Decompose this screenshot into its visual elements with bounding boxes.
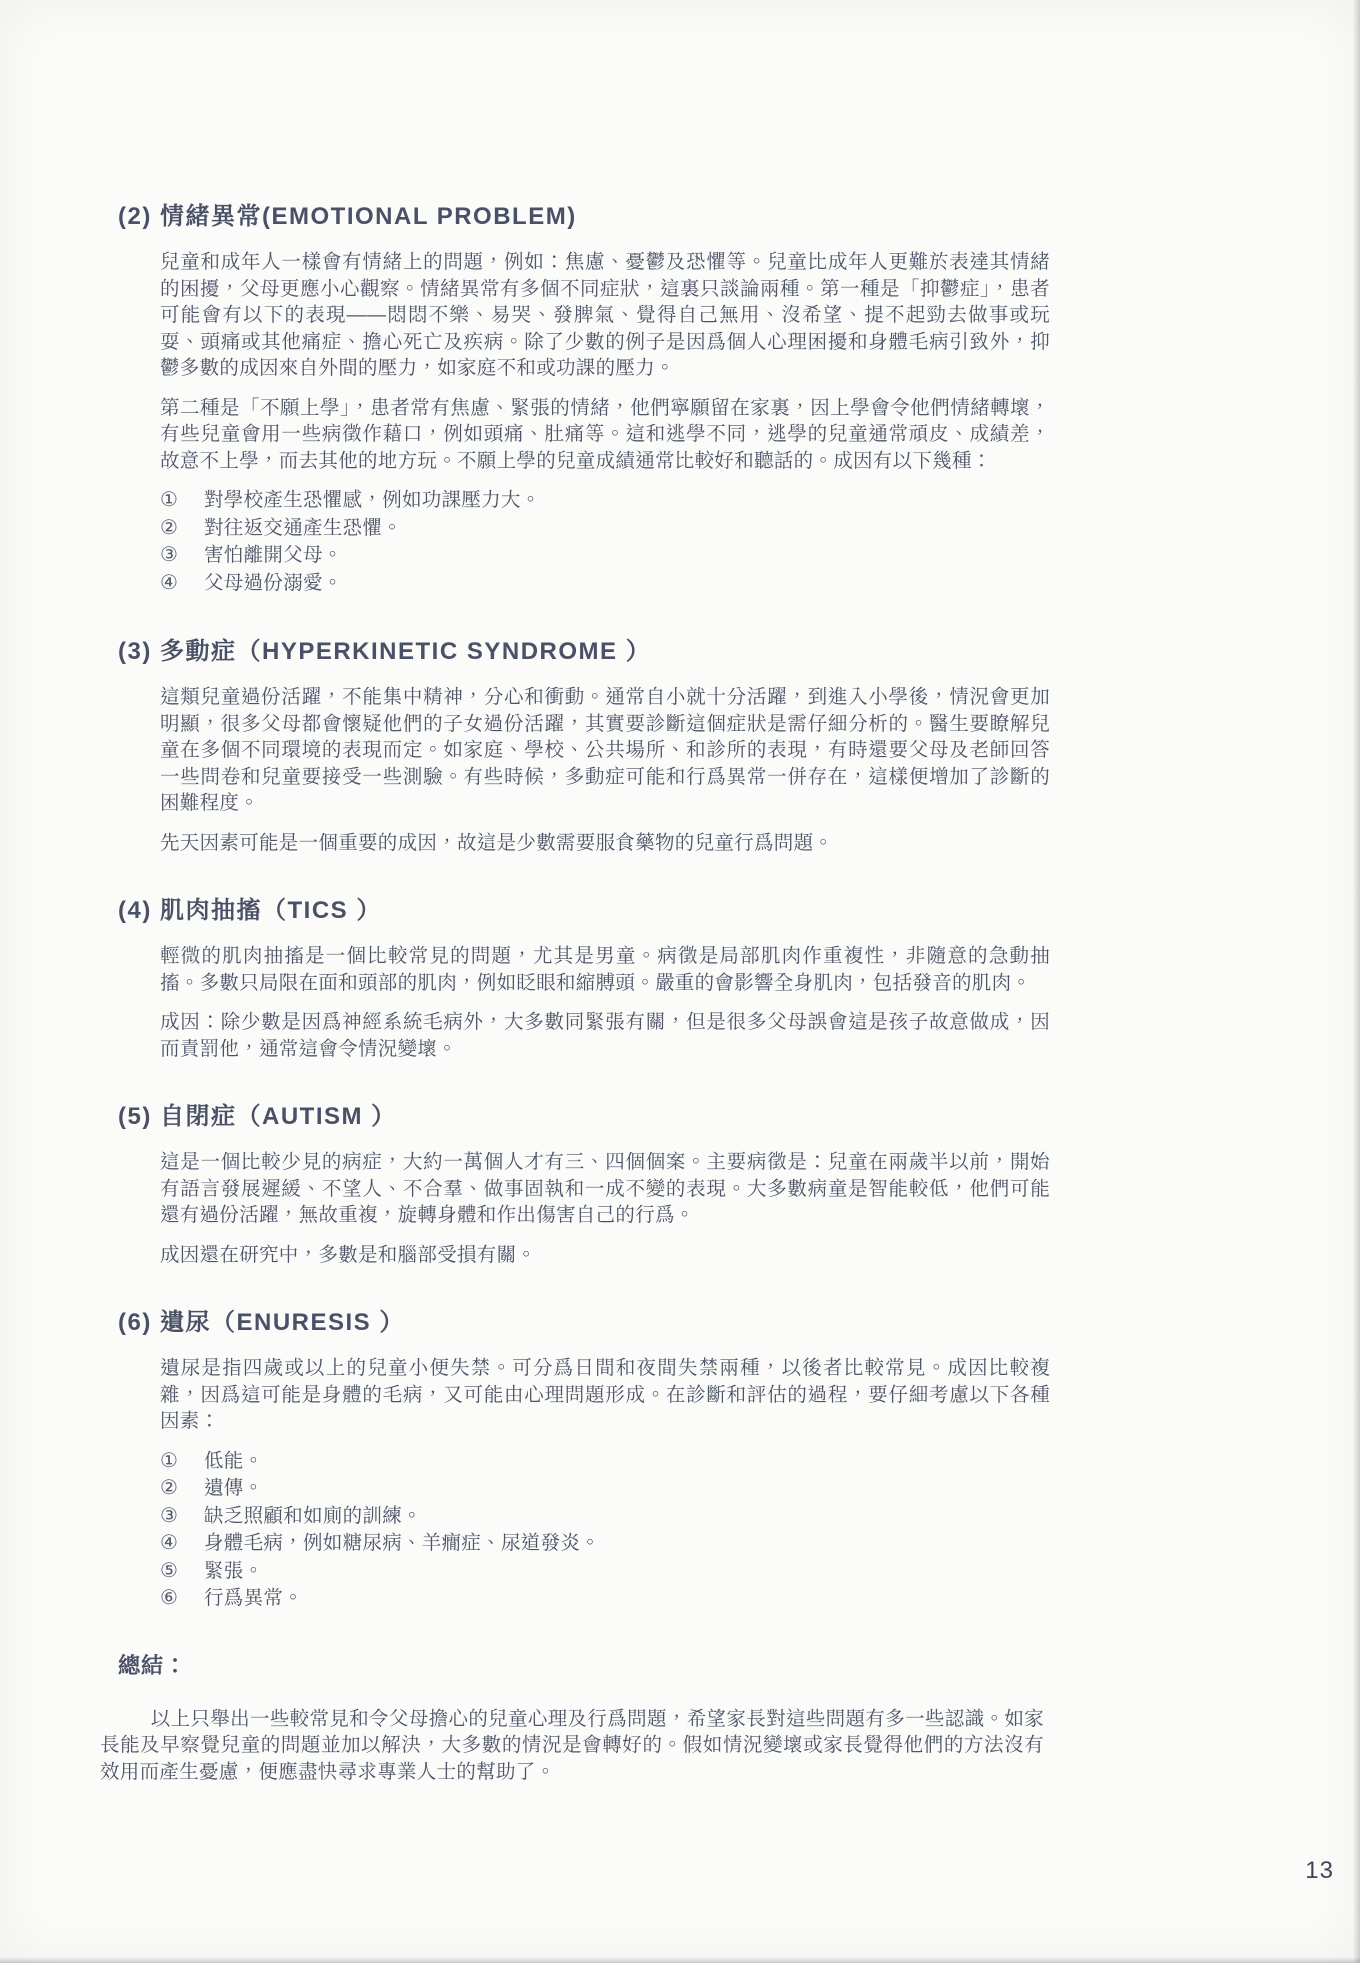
list-item: ④身體毛病，例如糖尿病、羊癇症、尿道發炎。	[160, 1530, 1050, 1558]
item-number: ⑤	[160, 1558, 204, 1586]
item-text: 對往返交通產生恐懼。	[204, 515, 402, 543]
item-number: ⑥	[160, 1585, 204, 1613]
paragraph: 成因還在研究中，多數是和腦部受損有關。	[160, 1242, 1050, 1269]
section-body: 這是一個比較少見的病症，大約一萬個人才有三、四個個案。主要病徵是：兒童在兩歲半以…	[160, 1149, 1050, 1268]
item-text: 缺乏照顧和如廁的訓練。	[204, 1503, 422, 1531]
paragraph: 輕微的肌肉抽搐是一個比較常見的問題，尤其是男童。病徵是局部肌肉作重複性，非隨意的…	[160, 943, 1050, 996]
list-item: ③缺乏照顧和如廁的訓練。	[160, 1503, 1050, 1531]
section-emotional-problem: (2) 情緒異常(EMOTIONAL PROBLEM) 兒童和成年人一樣會有情緒…	[118, 196, 1050, 597]
section-heading-hyperkinetic-syndrome: (3) 多動症（HYPERKINETIC SYNDROME ）	[118, 631, 1050, 666]
section-summary: 總結： 以上只舉出一些較常見和令父母擔心的兒童心理及行爲問題，希望家長對這些問題…	[118, 1649, 1050, 1786]
section-heading-enuresis: (6) 遺尿（ENURESIS ）	[118, 1302, 1050, 1337]
list-item: ⑤緊張。	[160, 1558, 1050, 1586]
item-number: ④	[160, 1530, 204, 1558]
item-number: ④	[160, 570, 204, 598]
page-number: 13	[1305, 1857, 1334, 1885]
item-text: 低能。	[204, 1448, 263, 1476]
item-number: ③	[160, 542, 204, 570]
item-number: ①	[160, 1448, 204, 1476]
section-hyperkinetic-syndrome: (3) 多動症（HYPERKINETIC SYNDROME ） 這類兒童過份活躍…	[118, 631, 1050, 856]
section-body: 這類兒童過份活躍，不能集中精神，分心和衝動。通常自小就十分活躍，到進入小學後，情…	[160, 684, 1050, 856]
section-body: 兒童和成年人一樣會有情緒上的問題，例如：焦慮、憂鬱及恐懼等。兒童比成年人更難於表…	[160, 249, 1050, 597]
item-text: 身體毛病，例如糖尿病、羊癇症、尿道發炎。	[204, 1530, 600, 1558]
summary-heading: 總結：	[118, 1649, 1050, 1680]
section-body: 輕微的肌肉抽搐是一個比較常見的問題，尤其是男童。病徵是局部肌肉作重複性，非隨意的…	[160, 943, 1050, 1062]
section-heading-tics: (4) 肌肉抽搐（TICS ）	[118, 890, 1050, 925]
item-text: 父母過份溺愛。	[204, 570, 343, 598]
list-item: ①低能。	[160, 1448, 1050, 1476]
numbered-list-enuresis-factors: ①低能。 ②遺傳。 ③缺乏照顧和如廁的訓練。 ④身體毛病，例如糖尿病、羊癇症、尿…	[160, 1448, 1050, 1613]
list-item: ①對學校產生恐懼感，例如功課壓力大。	[160, 487, 1050, 515]
item-text: 行爲異常。	[204, 1585, 303, 1613]
paragraph: 成因：除少數是因爲神經系統毛病外，大多數同緊張有關，但是很多父母誤會這是孩子故意…	[160, 1009, 1050, 1062]
item-text: 緊張。	[204, 1558, 263, 1586]
paragraph: 第二種是「不願上學」，患者常有焦慮、緊張的情緒，他們寧願留在家裏，因上學會令他們…	[160, 395, 1050, 475]
list-item: ④父母過份溺愛。	[160, 570, 1050, 598]
paragraph: 兒童和成年人一樣會有情緒上的問題，例如：焦慮、憂鬱及恐懼等。兒童比成年人更難於表…	[160, 249, 1050, 382]
list-item: ②遺傳。	[160, 1475, 1050, 1503]
item-number: ②	[160, 1475, 204, 1503]
section-heading-emotional-problem: (2) 情緒異常(EMOTIONAL PROBLEM)	[118, 196, 1050, 231]
paragraph: 這是一個比較少見的病症，大約一萬個人才有三、四個個案。主要病徵是：兒童在兩歲半以…	[160, 1149, 1050, 1229]
paragraph: 這類兒童過份活躍，不能集中精神，分心和衝動。通常自小就十分活躍，到進入小學後，情…	[160, 684, 1050, 817]
section-tics: (4) 肌肉抽搐（TICS ） 輕微的肌肉抽搐是一個比較常見的問題，尤其是男童。…	[118, 890, 1050, 1062]
item-number: ③	[160, 1503, 204, 1531]
section-body: 遺尿是指四歲或以上的兒童小便失禁。可分爲日間和夜間失禁兩種，以後者比較常見。成因…	[160, 1355, 1050, 1613]
list-item: ⑥行爲異常。	[160, 1585, 1050, 1613]
section-autism: (5) 自閉症（AUTISM ） 這是一個比較少見的病症，大約一萬個人才有三、四…	[118, 1096, 1050, 1268]
item-text: 對學校產生恐懼感，例如功課壓力大。	[204, 487, 541, 515]
summary-paragraph: 以上只舉出一些較常見和令父母擔心的兒童心理及行爲問題，希望家長對這些問題有多一些…	[100, 1706, 1044, 1786]
page-content: (2) 情緒異常(EMOTIONAL PROBLEM) 兒童和成年人一樣會有情緒…	[0, 0, 1360, 1785]
section-enuresis: (6) 遺尿（ENURESIS ） 遺尿是指四歲或以上的兒童小便失禁。可分爲日間…	[118, 1302, 1050, 1613]
paragraph: 先天因素可能是一個重要的成因，故這是少數需要服食藥物的兒童行爲問題。	[160, 830, 1050, 857]
section-heading-autism: (5) 自閉症（AUTISM ）	[118, 1096, 1050, 1131]
scanned-document-page: (2) 情緒異常(EMOTIONAL PROBLEM) 兒童和成年人一樣會有情緒…	[0, 0, 1360, 1963]
scan-edge-right	[1353, 0, 1360, 1963]
item-number: ①	[160, 487, 204, 515]
list-item: ③害怕離開父母。	[160, 542, 1050, 570]
item-number: ②	[160, 515, 204, 543]
item-text: 害怕離開父母。	[204, 542, 343, 570]
list-item: ②對往返交通產生恐懼。	[160, 515, 1050, 543]
item-text: 遺傳。	[204, 1475, 263, 1503]
numbered-list-school-refusal-causes: ①對學校產生恐懼感，例如功課壓力大。 ②對往返交通產生恐懼。 ③害怕離開父母。 …	[160, 487, 1050, 597]
paragraph: 遺尿是指四歲或以上的兒童小便失禁。可分爲日間和夜間失禁兩種，以後者比較常見。成因…	[160, 1355, 1050, 1435]
scan-edge-bottom	[0, 1957, 1360, 1963]
